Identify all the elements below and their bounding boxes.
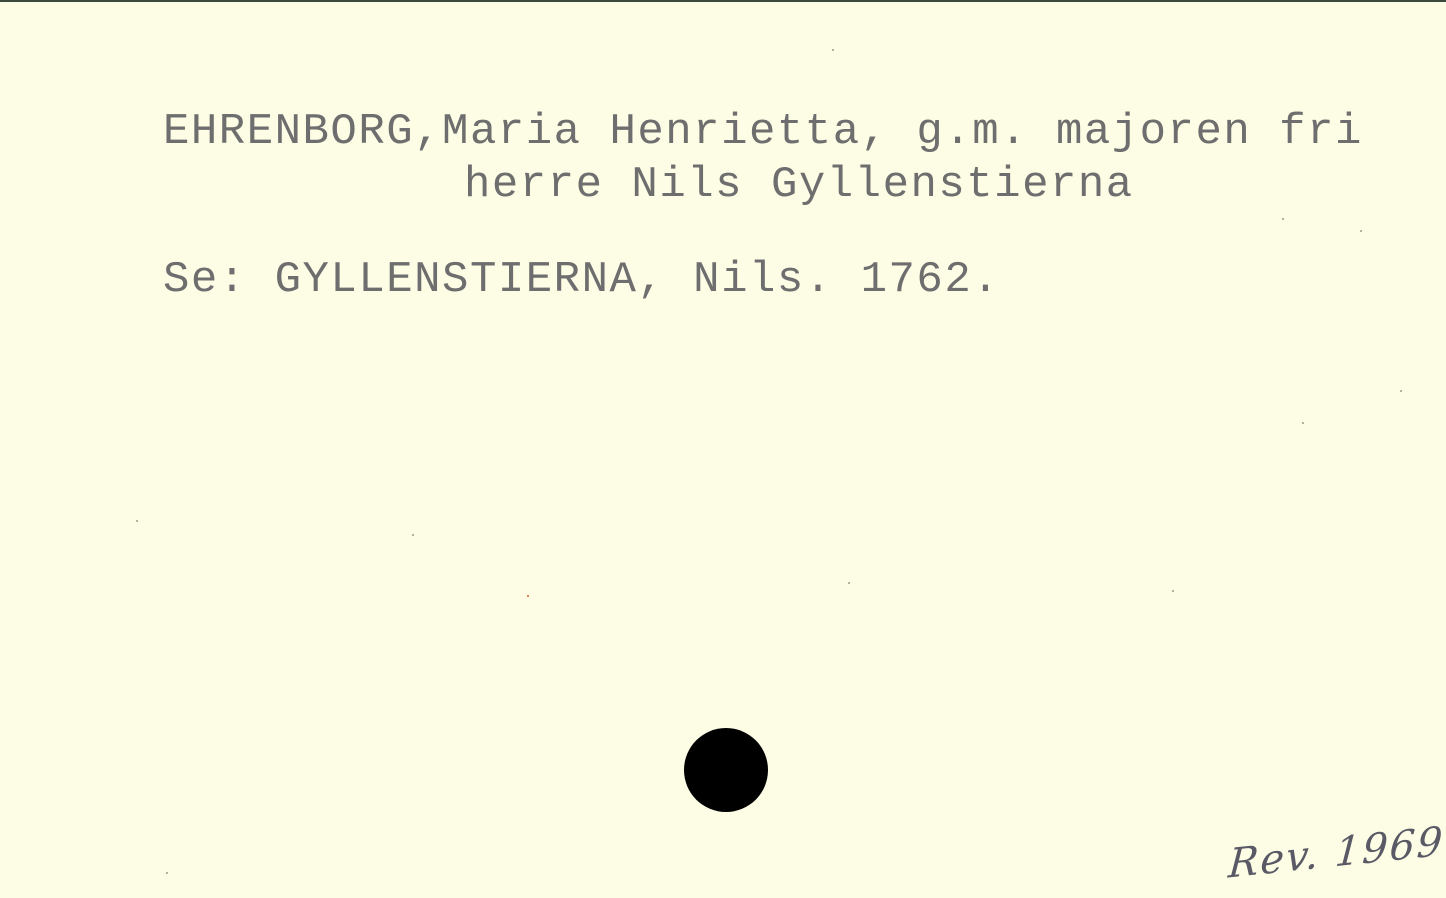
paper-speck [1172,590,1174,592]
punch-hole [684,728,768,812]
paper-speck [1360,230,1362,232]
paper-speck [136,520,138,522]
paper-speck [832,49,834,51]
card-see-reference: Se: GYLLENSTIERNA, Nils. 1762. [163,258,1000,302]
handwritten-revision-note: Rev. 1969 [1227,818,1446,887]
paper-speck [412,534,414,536]
paper-speck [848,582,850,584]
card-heading-continuation: herre Nils Gyllenstierna [464,163,1134,207]
card-heading-line: EHRENBORG,Maria Henrietta, g.m. majoren … [163,110,1363,154]
paper-speck [527,595,529,597]
paper-speck [1302,422,1304,424]
catalog-card: EHRENBORG,Maria Henrietta, g.m. majoren … [0,0,1446,898]
paper-speck [166,872,168,874]
paper-speck [1400,390,1402,392]
paper-speck [1282,218,1284,220]
